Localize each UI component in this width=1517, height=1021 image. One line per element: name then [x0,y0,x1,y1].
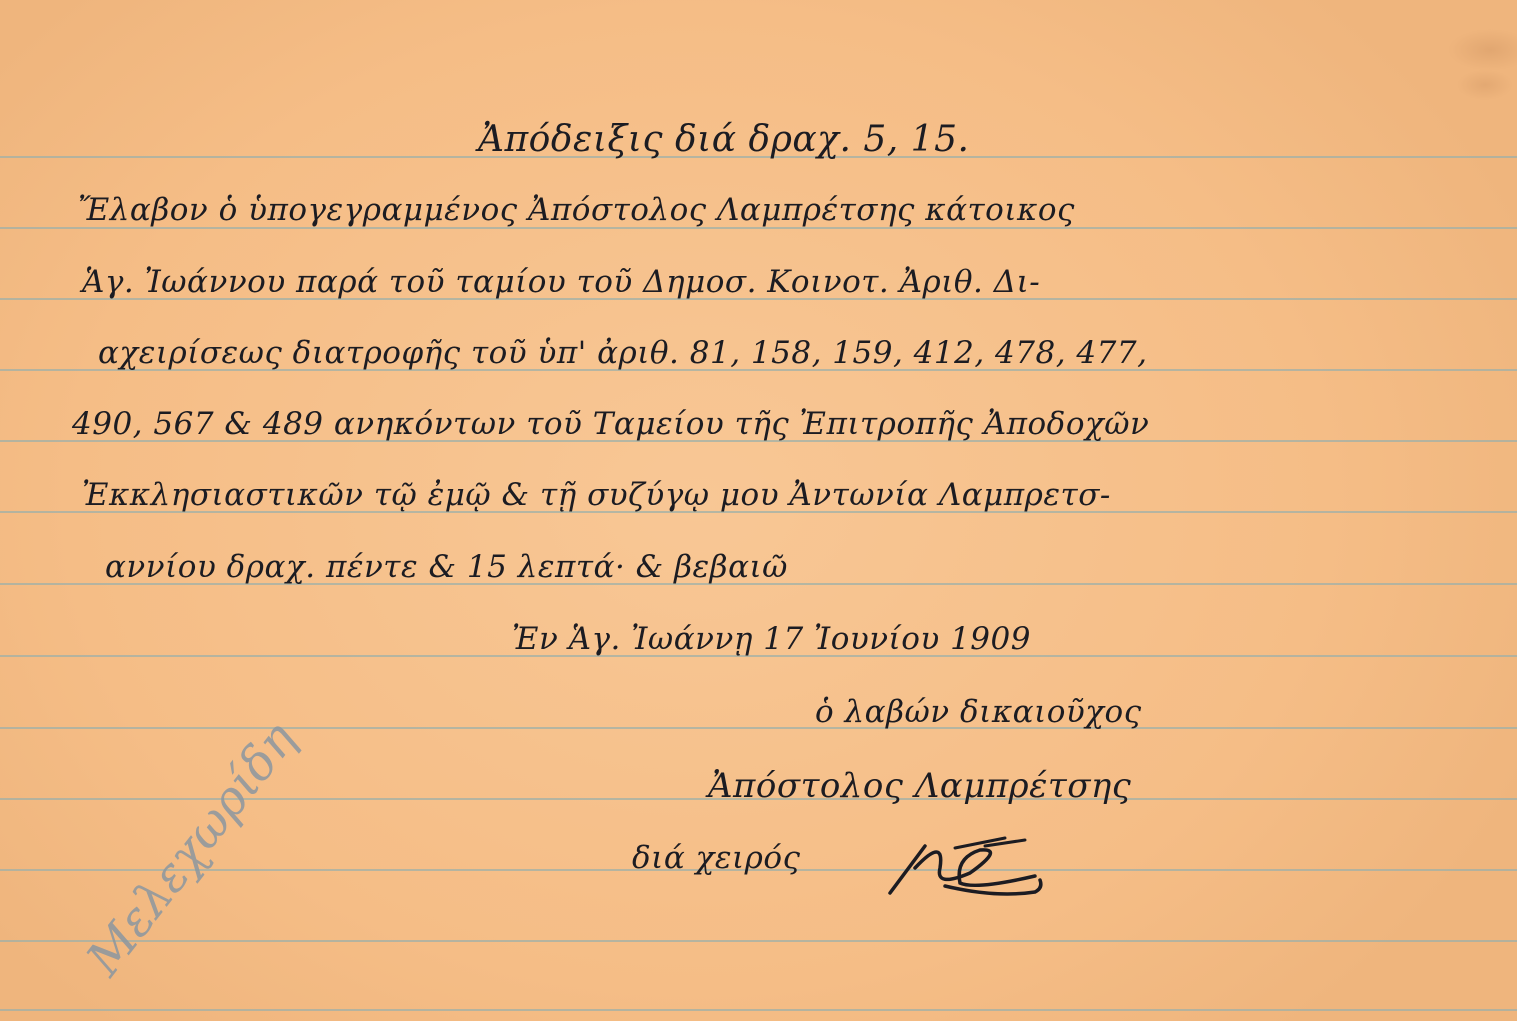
body-line-1: Ἔλαβον ὁ ὑπογεγραμμένος Ἀπόστολος Λαμπρέ… [78,190,1498,230]
body-line-4: 490, 567 & 489 ανηκόντων τοῦ Ταμείου τῆς… [72,404,1149,444]
signature-name: Ἀπόστολος Λαμπρέτσης [708,766,1131,806]
ruled-line [0,1009,1517,1011]
receipt-heading: Ἀπόδειξις διά δραχ. 5, 15. [478,118,969,162]
body-line-5: Ἐκκλησιαστικῶν τῷ ἐμῷ & τῇ συζύγῳ μου Ἀν… [82,475,1111,515]
body-line-3: αχειρίσεως διατροφῆς τοῦ ὑπ' ἀριθ. 81, 1… [98,333,1147,373]
ruled-line [0,727,1517,729]
body-line-2: Ἁγ. Ἰωάννου παρά τοῦ ταμίου τοῦ Δημοσ. Κ… [82,262,1040,302]
body-line-6: αννίου δραχ. πέντε & 15 λεπτά· & βεβαιῶ [105,547,788,587]
initials-signature-mark [885,828,1045,908]
closing-line: ὁ λαβών δικαιοῦχος [815,692,1142,732]
ruled-line [0,940,1517,942]
witness-label: διά χειρός [632,838,800,878]
place-date-line: Ἐν Ἁγ. Ἰωάννῃ 17 Ἰουνίου 1909 [512,619,1031,659]
